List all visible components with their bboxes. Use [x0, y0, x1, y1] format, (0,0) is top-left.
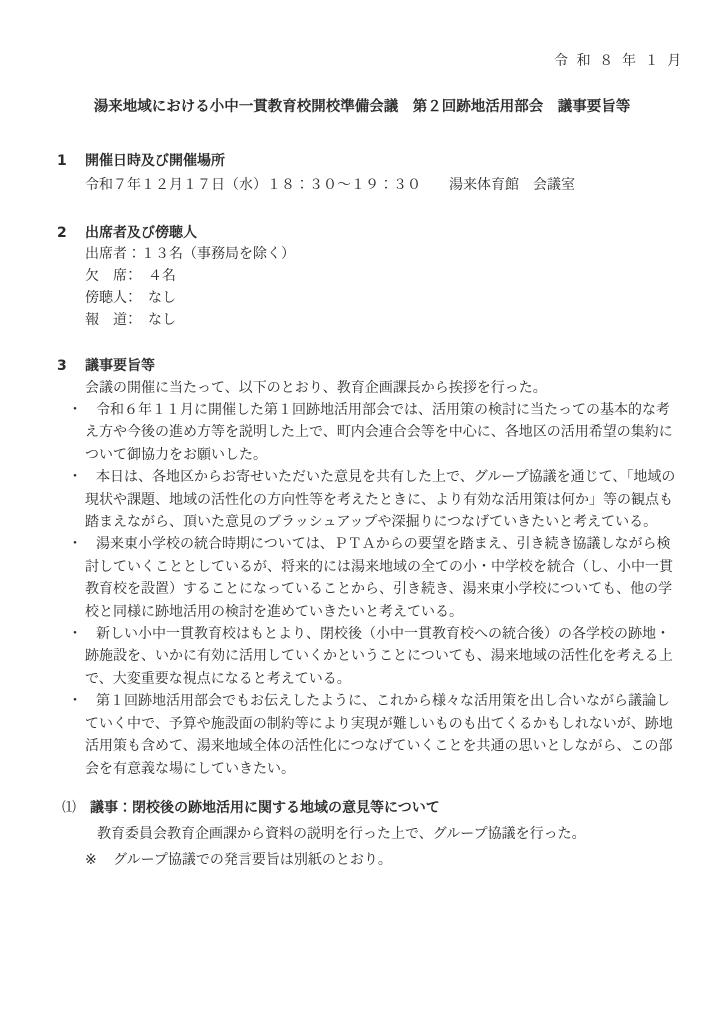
- note-marker-icon: ※: [85, 847, 113, 873]
- minutes-bullet-4: ・新しい小中一貫教育校はもとより、閉校後（小中一貫教育校への統合後）の各学校の跡…: [68, 623, 680, 690]
- agenda-1-number: ⑴: [62, 796, 90, 821]
- document-page: 令和８年１月 湯来地域における小中一貫教育校開校準備会議 第２回跡地活用部会 議…: [0, 0, 724, 1024]
- bullet-icon: ・: [68, 536, 82, 552]
- section-meeting-datetime: 1開催日時及び開催場所 令和７年１２月１７日（水）１８：３０～１９：３０ 湯来体…: [0, 150, 724, 198]
- document-date: 令和８年１月: [0, 50, 724, 72]
- minutes-bullet-1-text: 令和６年１１月に開催した第１回跡地活用部会では、活用策の検討に当たっての基本的な…: [85, 402, 673, 463]
- bullet-icon: ・: [68, 402, 82, 418]
- section-attendees: 2出席者及び傍聴人 出席者：１３名（事務局を除く） 欠 席： ４名 傍聴人： な…: [0, 222, 724, 331]
- section-1-title: 開催日時及び開催場所: [85, 153, 225, 169]
- bullet-icon: ・: [68, 693, 82, 709]
- attendees-line: 出席者：１３名（事務局を除く）: [85, 244, 680, 266]
- section-3-title: 議事要旨等: [85, 358, 155, 374]
- section-3-body: 会議の開催に当たって、以下のとおり、教育企画課長から挨拶を行った。 ・令和６年１…: [0, 377, 724, 780]
- agenda-1-heading: ⑴議事：閉校後の跡地活用に関する地域の意見等について: [0, 796, 724, 821]
- section-1-body: 令和７年１２月１７日（水）１８：３０～１９：３０ 湯来体育館 会議室: [0, 172, 724, 198]
- agenda-1-note-text: グループ協議での発言要旨は別紙のとおり。: [113, 852, 392, 868]
- minutes-intro-line: 会議の開催に当たって、以下のとおり、教育企画課長から挨拶を行った。: [85, 377, 680, 399]
- document-title: 湯来地域における小中一貫教育校開校準備会議 第２回跡地活用部会 議事要旨等: [0, 96, 724, 118]
- bullet-icon: ・: [68, 469, 82, 485]
- agenda-1-body: 教育委員会教育企画課から資料の説明を行った上で、グループ協議を行った。: [0, 821, 724, 847]
- minutes-bullet-4-text: 新しい小中一貫教育校はもとより、閉校後（小中一貫教育校への統合後）の各学校の跡地…: [85, 626, 673, 687]
- section-2-number: 2: [57, 222, 85, 244]
- press-line: 報 道： なし: [85, 310, 680, 332]
- minutes-bullet-5: ・第１回跡地活用部会でもお伝えしたように、これから様々な活用策を出し合いながら議…: [68, 690, 680, 780]
- section-minutes-summary: 3議事要旨等 会議の開催に当たって、以下のとおり、教育企画課長から挨拶を行った。…: [0, 355, 724, 780]
- agenda-1-note: ※グループ協議での発言要旨は別紙のとおり。: [0, 847, 724, 873]
- minutes-bullet-5-text: 第１回跡地活用部会でもお伝えしたように、これから様々な活用策を出し合いながら議論…: [85, 693, 673, 776]
- agenda-1-title: 議事：閉校後の跡地活用に関する地域の意見等について: [90, 800, 440, 816]
- minutes-bullet-1: ・令和６年１１月に開催した第１回跡地活用部会では、活用策の検討に当たっての基本的…: [68, 399, 680, 466]
- minutes-bullet-3-text: 湯来東小学校の統合時期については、ＰＴＡからの要望を踏まえ、引き続き協議しながら…: [85, 536, 673, 619]
- minutes-bullet-2-text: 本日は、各地区からお寄せいただいた意見を共有した上で、グループ協議を通じて、「地…: [85, 469, 675, 530]
- section-3-heading: 3議事要旨等: [0, 355, 724, 377]
- section-1-number: 1: [57, 150, 85, 172]
- minutes-bullet-3: ・湯来東小学校の統合時期については、ＰＴＡからの要望を踏まえ、引き続き協議しなが…: [68, 533, 680, 623]
- section-2-title: 出席者及び傍聴人: [85, 225, 197, 241]
- minutes-bullet-2: ・本日は、各地区からお寄せいただいた意見を共有した上で、グループ協議を通じて、「…: [68, 466, 680, 533]
- section-2-heading: 2出席者及び傍聴人: [0, 222, 724, 244]
- absentees-line: 欠 席： ４名: [85, 266, 680, 288]
- bullet-icon: ・: [68, 626, 82, 642]
- agenda-item-1: ⑴議事：閉校後の跡地活用に関する地域の意見等について 教育委員会教育企画課から資…: [0, 796, 724, 873]
- observers-line: 傍聴人： なし: [85, 288, 680, 310]
- section-1-heading: 1開催日時及び開催場所: [0, 150, 724, 172]
- section-3-number: 3: [57, 355, 85, 377]
- section-2-body: 出席者：１３名（事務局を除く） 欠 席： ４名 傍聴人： なし 報 道： なし: [0, 244, 724, 331]
- meeting-datetime-line: 令和７年１２月１７日（水）１８：３０～１９：３０ 湯来体育館 会議室: [85, 172, 680, 198]
